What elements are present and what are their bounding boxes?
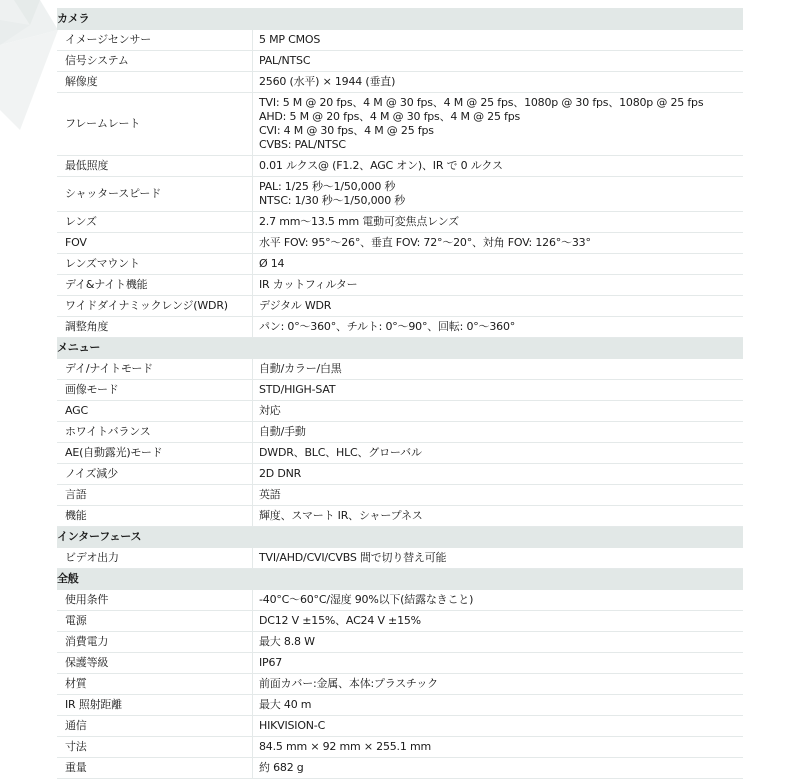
spec-label: AGC <box>57 401 253 422</box>
spec-label: AE(自動露光)モード <box>57 443 253 464</box>
spec-row: ホワイトバランス 自動/手動 <box>57 422 743 443</box>
spec-row: 通信 HIKVISION-C <box>57 716 743 737</box>
spec-row: FOV 水平 FOV: 95°～26°、垂直 FOV: 72°～20°、対角 F… <box>57 233 743 254</box>
section-header: インターフェース <box>57 527 743 548</box>
spec-label: 調整角度 <box>57 317 253 338</box>
spec-value: 2560 (水平) × 1944 (垂直) <box>253 72 744 93</box>
spec-label: シャッタースピード <box>57 177 253 212</box>
spec-row: 使用条件 -40°C～60°C/湿度 90%以下(結露なきこと) <box>57 590 743 611</box>
spec-label: 信号システム <box>57 51 253 72</box>
spec-row: 画像モード STD/HIGH-SAT <box>57 380 743 401</box>
spec-row: 寸法 84.5 mm × 92 mm × 255.1 mm <box>57 737 743 758</box>
section-title: 全般 <box>57 569 743 590</box>
spec-row: ワイドダイナミックレンジ(WDR) デジタル WDR <box>57 296 743 317</box>
spec-value: 0.01 ルクス@ (F1.2、AGC オン)、IR で 0 ルクス <box>253 156 744 177</box>
section-title: メニュー <box>57 338 743 359</box>
spec-label: 保護等級 <box>57 653 253 674</box>
spec-row: ビデオ出力 TVI/AHD/CVI/CVBS 間で切り替え可能 <box>57 548 743 569</box>
spec-row: イメージセンサー 5 MP CMOS <box>57 30 743 51</box>
section-header: メニュー <box>57 338 743 359</box>
spec-label: ホワイトバランス <box>57 422 253 443</box>
spec-row: デイ/ナイトモード 自動/カラー/白黒 <box>57 359 743 380</box>
spec-value: 輝度、スマート IR、シャープネス <box>253 506 744 527</box>
spec-value: 約 682 g <box>253 758 744 779</box>
spec-label: デイ/ナイトモード <box>57 359 253 380</box>
spec-label: 最低照度 <box>57 156 253 177</box>
spec-row: シャッタースピード PAL: 1/25 秒～1/50,000 秒 NTSC: 1… <box>57 177 743 212</box>
spec-value: STD/HIGH-SAT <box>253 380 744 401</box>
spec-label: 機能 <box>57 506 253 527</box>
spec-label: IR 照射距離 <box>57 695 253 716</box>
spec-value: PAL/NTSC <box>253 51 744 72</box>
spec-value: 最大 40 m <box>253 695 744 716</box>
spec-row: レンズ 2.7 mm～13.5 mm 電動可変焦点レンズ <box>57 212 743 233</box>
spec-value: DC12 V ±15%、AC24 V ±15% <box>253 611 744 632</box>
spec-label: デイ&ナイト機能 <box>57 275 253 296</box>
spec-row: デイ&ナイト機能 IR カットフィルター <box>57 275 743 296</box>
spec-value: Ø 14 <box>253 254 744 275</box>
spec-value: 自動/手動 <box>253 422 744 443</box>
spec-row: AE(自動露光)モード DWDR、BLC、HLC、グローバル <box>57 443 743 464</box>
spec-value: PAL: 1/25 秒～1/50,000 秒 NTSC: 1/30 秒～1/50… <box>253 177 744 212</box>
spec-row: 電源 DC12 V ±15%、AC24 V ±15% <box>57 611 743 632</box>
spec-label: 解像度 <box>57 72 253 93</box>
spec-row: レンズマウント Ø 14 <box>57 254 743 275</box>
section-header: カメラ <box>57 9 743 30</box>
spec-label: 通信 <box>57 716 253 737</box>
spec-value: デジタル WDR <box>253 296 744 317</box>
spec-label: ワイドダイナミックレンジ(WDR) <box>57 296 253 317</box>
spec-row: 言語 英語 <box>57 485 743 506</box>
spec-value: 最大 8.8 W <box>253 632 744 653</box>
spec-row: フレームレート TVI: 5 M @ 20 fps、4 M @ 30 fps、4… <box>57 93 743 156</box>
spec-value: TVI: 5 M @ 20 fps、4 M @ 30 fps、4 M @ 25 … <box>253 93 744 156</box>
section-header: 全般 <box>57 569 743 590</box>
spec-value: 対応 <box>253 401 744 422</box>
spec-row: ノイズ減少 2D DNR <box>57 464 743 485</box>
spec-value: IR カットフィルター <box>253 275 744 296</box>
spec-value: 自動/カラー/白黒 <box>253 359 744 380</box>
spec-value: TVI/AHD/CVI/CVBS 間で切り替え可能 <box>253 548 744 569</box>
spec-row: 保護等級 IP67 <box>57 653 743 674</box>
spec-value: 5 MP CMOS <box>253 30 744 51</box>
spec-row: 重量 約 682 g <box>57 758 743 779</box>
spec-label: 材質 <box>57 674 253 695</box>
spec-label: 寸法 <box>57 737 253 758</box>
spec-row: IR 照射距離 最大 40 m <box>57 695 743 716</box>
section-title: インターフェース <box>57 527 743 548</box>
spec-row: AGC 対応 <box>57 401 743 422</box>
spec-label: レンズマウント <box>57 254 253 275</box>
spec-label: ビデオ出力 <box>57 548 253 569</box>
spec-row: 最低照度 0.01 ルクス@ (F1.2、AGC オン)、IR で 0 ルクス <box>57 156 743 177</box>
section-title: カメラ <box>57 9 743 30</box>
spec-label: 重量 <box>57 758 253 779</box>
spec-label: 使用条件 <box>57 590 253 611</box>
spec-label: 電源 <box>57 611 253 632</box>
spec-label: FOV <box>57 233 253 254</box>
decorative-polygon-watermark <box>0 0 60 140</box>
spec-value: 2.7 mm～13.5 mm 電動可変焦点レンズ <box>253 212 744 233</box>
spec-value: 英語 <box>253 485 744 506</box>
spec-row: 信号システム PAL/NTSC <box>57 51 743 72</box>
spec-value: IP67 <box>253 653 744 674</box>
spec-value: 84.5 mm × 92 mm × 255.1 mm <box>253 737 744 758</box>
spec-label: 言語 <box>57 485 253 506</box>
spec-row: 解像度 2560 (水平) × 1944 (垂直) <box>57 72 743 93</box>
spec-row: 機能 輝度、スマート IR、シャープネス <box>57 506 743 527</box>
spec-table: カメラ イメージセンサー 5 MP CMOS 信号システム PAL/NTSC 解… <box>57 8 743 779</box>
spec-row: 材質 前面カバー:金属、本体:プラスチック <box>57 674 743 695</box>
spec-label: レンズ <box>57 212 253 233</box>
spec-value: DWDR、BLC、HLC、グローバル <box>253 443 744 464</box>
spec-row: 消費電力 最大 8.8 W <box>57 632 743 653</box>
spec-value: HIKVISION-C <box>253 716 744 737</box>
spec-row: 調整角度 パン: 0°～360°、チルト: 0°～90°、回転: 0°～360° <box>57 317 743 338</box>
spec-value: 2D DNR <box>253 464 744 485</box>
spec-label: イメージセンサー <box>57 30 253 51</box>
spec-label: 消費電力 <box>57 632 253 653</box>
spec-value: 前面カバー:金属、本体:プラスチック <box>253 674 744 695</box>
spec-label: ノイズ減少 <box>57 464 253 485</box>
spec-label: フレームレート <box>57 93 253 156</box>
spec-label: 画像モード <box>57 380 253 401</box>
spec-value: -40°C～60°C/湿度 90%以下(結露なきこと) <box>253 590 744 611</box>
spec-value: パン: 0°～360°、チルト: 0°～90°、回転: 0°～360° <box>253 317 744 338</box>
spec-value: 水平 FOV: 95°～26°、垂直 FOV: 72°～20°、対角 FOV: … <box>253 233 744 254</box>
